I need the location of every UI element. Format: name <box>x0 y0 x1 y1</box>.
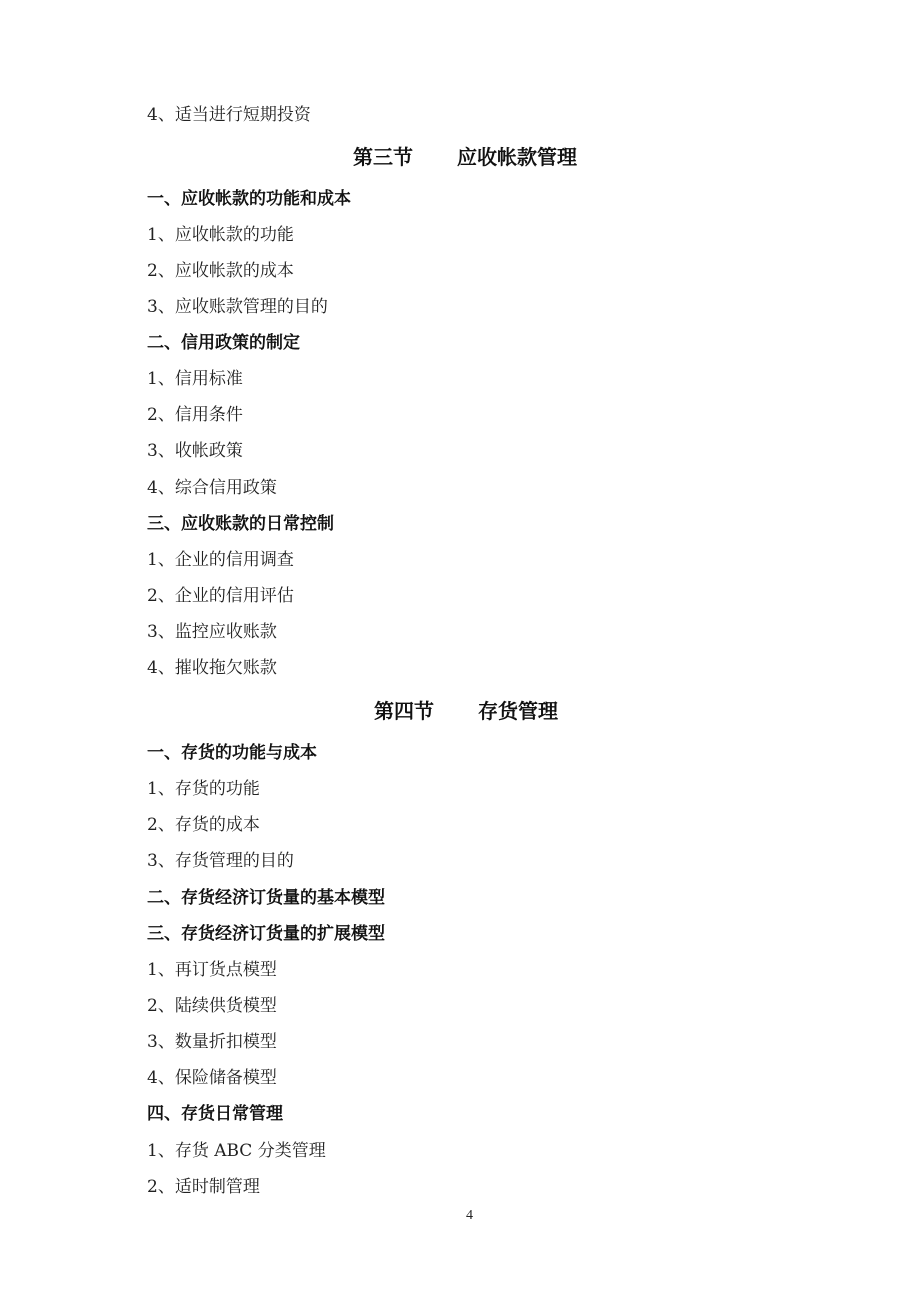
section-name: 存货管理 <box>478 699 558 723</box>
section-number: 第三节 <box>353 145 413 169</box>
section-title-3: 第三节应收帐款管理 <box>353 144 577 170</box>
line-item: 4、适当进行短期投资 <box>147 104 311 126</box>
heading: 二、信用政策的制定 <box>147 332 300 354</box>
line-item: 4、保险储备模型 <box>147 1067 277 1089</box>
line-item: 3、监控应收账款 <box>147 621 277 643</box>
line-item: 2、信用条件 <box>147 404 243 426</box>
section-name: 应收帐款管理 <box>457 145 577 169</box>
line-item: 1、企业的信用调查 <box>147 549 294 571</box>
line-item: 4、综合信用政策 <box>147 477 277 499</box>
heading: 四、存货日常管理 <box>147 1103 283 1125</box>
line-item: 2、存货的成本 <box>147 814 260 836</box>
line-item: 2、应收帐款的成本 <box>147 260 294 282</box>
line-item: 1、再订货点模型 <box>147 959 277 981</box>
line-item: 1、存货 ABC 分类管理 <box>147 1140 326 1162</box>
document-page: 4、适当进行短期投资 第三节应收帐款管理 一、应收帐款的功能和成本 1、应收帐款… <box>0 0 920 1302</box>
line-item: 3、收帐政策 <box>147 440 243 462</box>
line-item: 1、应收帐款的功能 <box>147 224 294 246</box>
line-item: 3、应收账款管理的目的 <box>147 296 328 318</box>
section-title-4: 第四节存货管理 <box>374 698 558 724</box>
heading: 二、存货经济订货量的基本模型 <box>147 887 385 909</box>
line-item: 2、适时制管理 <box>147 1176 260 1198</box>
page-number: 4 <box>466 1208 473 1224</box>
heading: 三、存货经济订货量的扩展模型 <box>147 923 385 945</box>
section-number: 第四节 <box>374 699 434 723</box>
line-item: 3、存货管理的目的 <box>147 850 294 872</box>
line-item: 2、陆续供货模型 <box>147 995 277 1017</box>
heading: 一、应收帐款的功能和成本 <box>147 188 351 210</box>
heading: 一、存货的功能与成本 <box>147 742 317 764</box>
line-item: 4、摧收拖欠账款 <box>147 657 277 679</box>
line-item: 1、存货的功能 <box>147 778 260 800</box>
line-item: 1、信用标准 <box>147 368 243 390</box>
line-item: 3、数量折扣模型 <box>147 1031 277 1053</box>
heading: 三、应收账款的日常控制 <box>147 513 334 535</box>
line-item: 2、企业的信用评估 <box>147 585 294 607</box>
